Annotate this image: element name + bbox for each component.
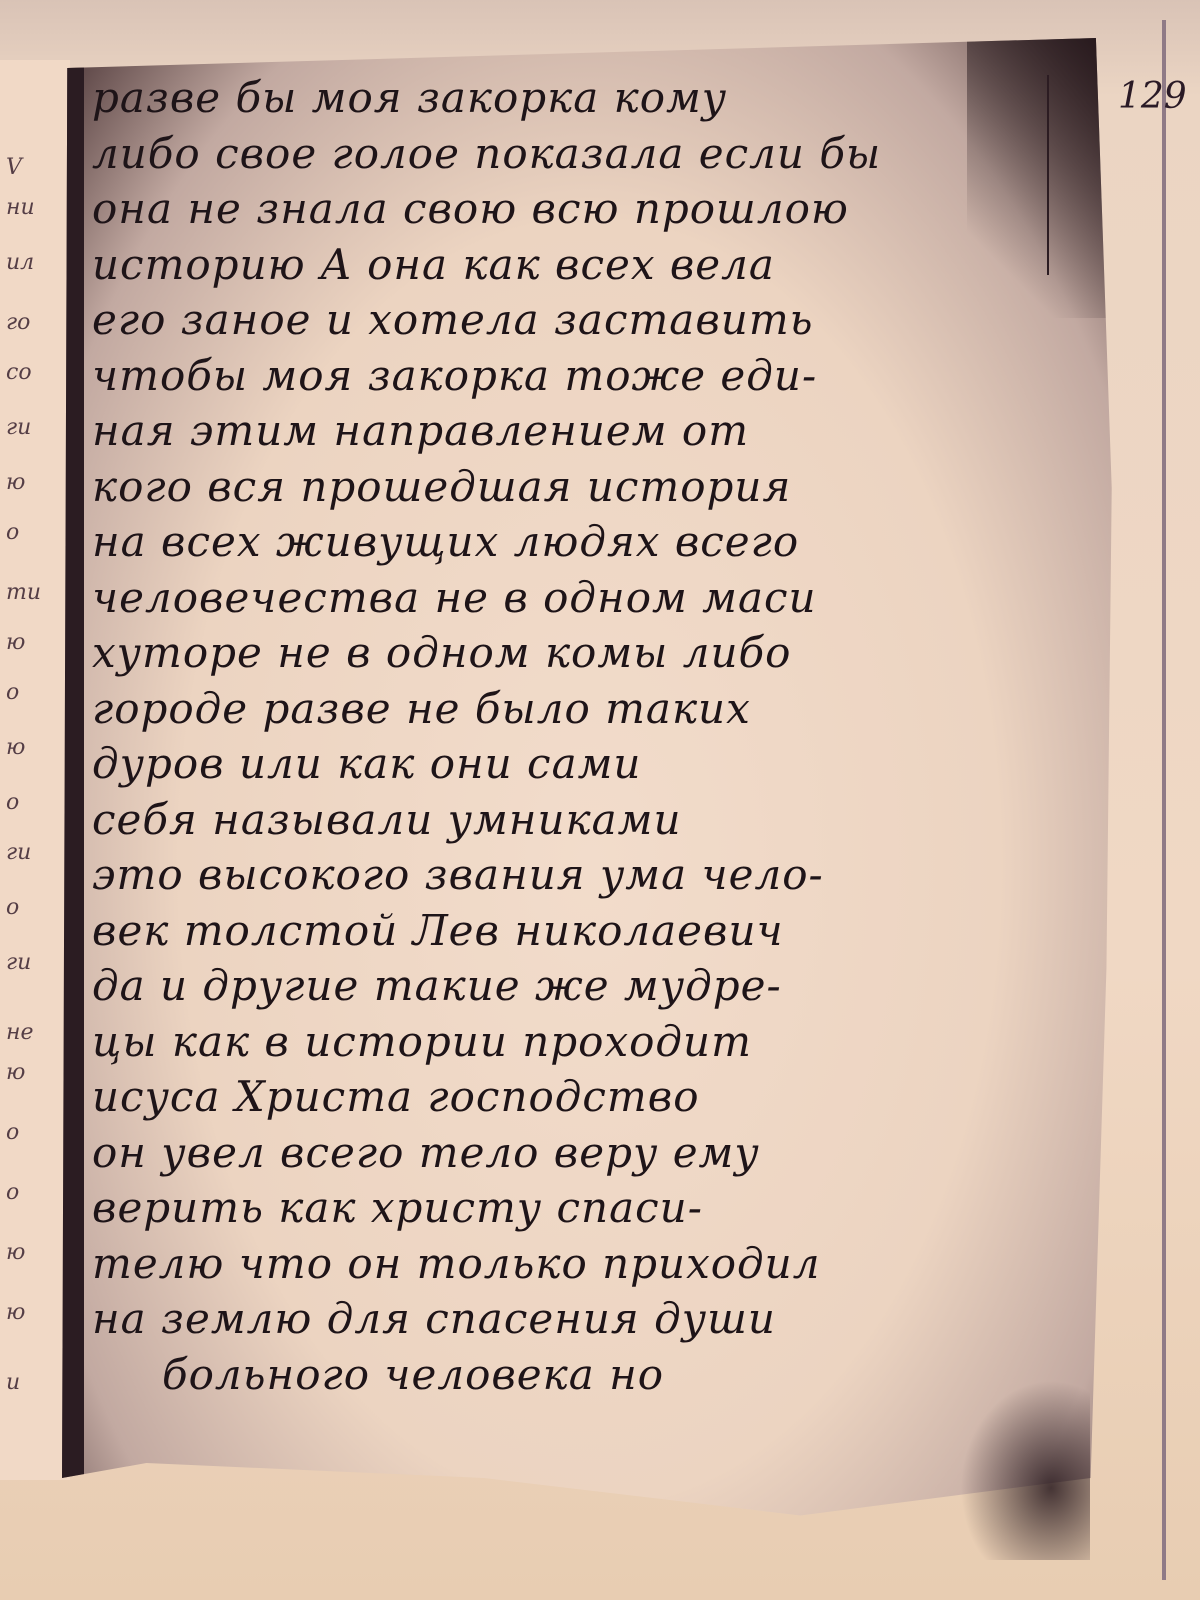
text-line: дуров или как они сами [92, 736, 1082, 792]
page-edge [1162, 20, 1166, 1580]
text-line: на землю для спасения души [92, 1291, 1082, 1347]
margin-fragment: ю [6, 1300, 25, 1325]
text-line: городе разве не было таких [92, 681, 1082, 737]
text-line: историю А она как всех вела [92, 237, 1082, 293]
margin-fragment: о [6, 790, 19, 815]
text-line: кого вся прошедшая история [92, 459, 1082, 515]
margin-fragment: о [6, 1120, 19, 1145]
margin-fragment: ги [6, 415, 31, 440]
margin-fragment: со [6, 360, 32, 385]
text-line: век толстой Лев николаевич [92, 903, 1082, 959]
text-line: на всех живущих людях всего [92, 514, 1082, 570]
text-line: верить как христу спаси- [92, 1180, 1082, 1236]
text-line: разве бы моя закорка кому [92, 70, 1082, 126]
margin-fragment: и [6, 1370, 20, 1395]
text-line: телю что он только приходил [92, 1236, 1082, 1292]
margin-fragment: ил [6, 250, 34, 275]
adjacent-page-margin: V ни ил го со ги ю о ти ю о ю о ги о ги … [0, 60, 70, 1480]
text-line: больного человека но [92, 1347, 1082, 1403]
text-line: исуса Христа господство [92, 1069, 1082, 1125]
text-line: чтобы моя закорка тоже еди- [92, 348, 1082, 404]
margin-fragment: о [6, 680, 19, 705]
text-line: хуторе не в одном комы либо [92, 625, 1082, 681]
text-line: себя называли умниками [92, 792, 1082, 848]
text-line: его заное и хотела заставить [92, 292, 1082, 348]
page-number: 129 [1118, 76, 1187, 117]
margin-fragment: ги [6, 950, 31, 975]
text-line: он увел всего тело веру ему [92, 1125, 1082, 1181]
text-line: ная этим направлением от [92, 403, 1082, 459]
margin-fragment: ю [6, 630, 25, 655]
margin-fragment: ю [6, 735, 25, 760]
margin-fragment: о [6, 1180, 19, 1205]
margin-fragment: не [6, 1020, 34, 1045]
text-line: она не знала свою всю прошлою [92, 181, 1082, 237]
margin-fragment: ю [6, 1240, 25, 1265]
margin-fragment: ти [6, 580, 41, 605]
text-line: цы как в истории проходит [92, 1014, 1082, 1070]
margin-fragment: о [6, 895, 19, 920]
handwritten-text: разве бы моя закорка кому либо свое голо… [92, 70, 1082, 1402]
text-line: да и другие такие же мудре- [92, 958, 1082, 1014]
text-line: человечества не в одном маси [92, 570, 1082, 626]
margin-fragment: ги [6, 840, 31, 865]
margin-fragment: ю [6, 470, 25, 495]
text-line: либо свое голое показала если бы [92, 126, 1082, 182]
margin-fragment: ни [6, 195, 35, 220]
margin-fragment: го [6, 310, 30, 335]
margin-fragment: V [6, 155, 22, 180]
text-line: это высокого звания ума чело- [92, 847, 1082, 903]
toner-shadow [960, 1380, 1090, 1560]
margin-fragment: о [6, 520, 19, 545]
margin-fragment: ю [6, 1060, 25, 1085]
